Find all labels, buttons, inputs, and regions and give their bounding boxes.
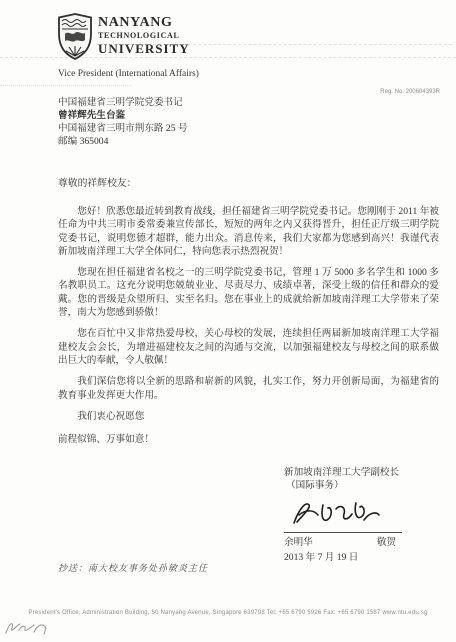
- paragraph-2: 您现在担任福建省名校之一的三明学院党委书记，管理 1 万 5000 多名学生和 …: [58, 266, 439, 319]
- scanned-letter-page: NANYANG TECHNOLOGICAL UNIVERSITY Vice Pr…: [0, 0, 456, 642]
- letterhead: NANYANG TECHNOLOGICAL UNIVERSITY: [58, 13, 190, 65]
- signer-name: 余明华: [284, 536, 313, 549]
- recipient-title: 中国福建省三明学院党委书记: [58, 96, 188, 109]
- signature-block: 新加坡南洋理工大学副校长 （国际事务） 余明华 敬贺 2013 年 7 月 19…: [284, 466, 404, 564]
- signature-date: 2013 年 7 月 19 日: [284, 551, 404, 564]
- recipient-name: 曾祥辉先生台鉴: [58, 109, 188, 122]
- signer-title-line2: （国际事务）: [286, 479, 404, 492]
- ntu-crest-icon: [58, 13, 92, 65]
- recipient-street: 中国福建省三明市荆东路 25 号: [58, 122, 188, 135]
- wish-intro: 我们衷心祝愿您: [58, 410, 439, 423]
- recipient-postcode: 邮编 365004: [58, 135, 188, 148]
- paragraph-4: 我们深信您将以全新的思路和崭新的风貌，扎实工作，努力开创新局面，为福建省的教育事…: [58, 375, 439, 402]
- paragraph-1: 您好！欣悉您最近转到教育战线，担任福建省三明学院党委书记。您刚刚于 2011 年…: [58, 205, 439, 258]
- signer-title-line1: 新加坡南洋理工大学副校长: [284, 466, 404, 479]
- cc-line: 抄送：南大校友事务处孙敏炎主任: [58, 561, 208, 574]
- handwritten-signature: [290, 496, 404, 530]
- signer-name-row: 余明华 敬贺: [284, 536, 396, 549]
- signature-rule: [284, 532, 402, 533]
- footer-contact-line: President's Office, Administration Build…: [0, 610, 456, 616]
- sender-office-title: Vice President (International Affairs): [58, 69, 199, 79]
- signer-respect: 敬贺: [377, 536, 396, 549]
- scan-artifact-line: [0, 85, 132, 86]
- university-name-line3: UNIVERSITY: [98, 42, 190, 55]
- university-name-line1: NANYANG: [98, 16, 190, 30]
- wish-final: 前程似锦、万事如意！: [58, 433, 439, 446]
- salutation: 尊敬的祥辉校友：: [58, 175, 136, 189]
- university-wordmark: NANYANG TECHNOLOGICAL UNIVERSITY: [98, 13, 190, 55]
- letter-body: 您好！欣悉您最近转到教育战线，担任福建省三明学院党委书记。您刚刚于 2011 年…: [58, 205, 439, 454]
- university-name-line2: TECHNOLOGICAL: [98, 32, 190, 40]
- handwritten-margin-note: [4, 616, 48, 642]
- paragraph-3: 您在百忙中又非常热爱母校，关心母校的发展，连续担任两届新加坡南洋理工大学福建校友…: [58, 327, 439, 367]
- recipient-address-block: 中国福建省三明学院党委书记 曾祥辉先生台鉴 中国福建省三明市荆东路 25 号 邮…: [58, 96, 188, 148]
- registration-number: Reg. No. 200604393R: [380, 89, 440, 95]
